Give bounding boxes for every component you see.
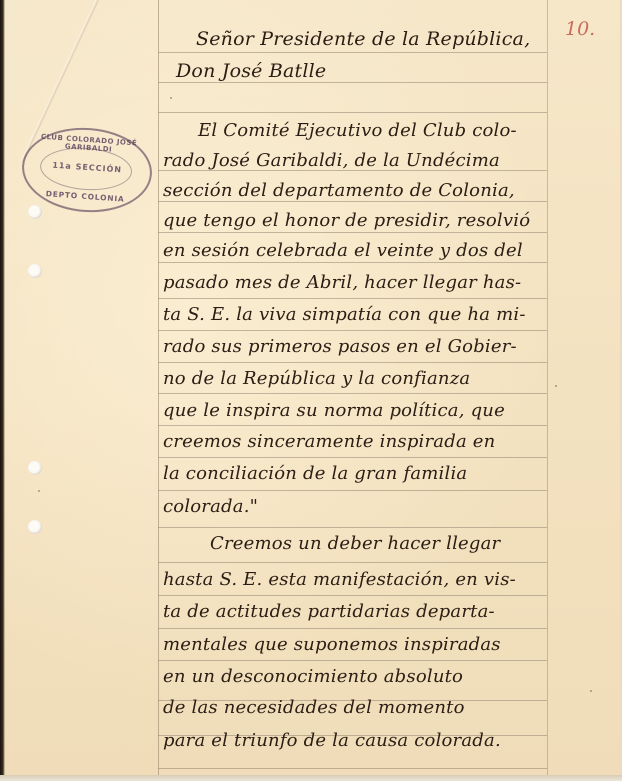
ruled-line <box>158 232 547 233</box>
letter-line: la conciliación de la gran familia <box>163 463 467 484</box>
letter-line: de las necesidades del momento <box>163 697 465 718</box>
scan-left-edge <box>0 0 5 781</box>
ruled-line <box>158 660 547 661</box>
letter-line: ta de actitudes partidarias departa- <box>163 601 495 622</box>
stamp-bottom-text: DEPTO COLONIA <box>22 188 148 206</box>
letter-line: no de la República y la confianza <box>163 368 470 389</box>
ruled-line <box>158 457 547 458</box>
letter-line: que le inspira su norma política, que <box>163 400 505 421</box>
ruled-line <box>158 112 547 113</box>
ruled-line <box>158 262 547 263</box>
letter-line: ta S. E. la viva simpatía con que ha mi- <box>163 304 526 325</box>
ruled-line <box>158 768 547 769</box>
ruled-line <box>158 628 547 629</box>
letter-line: sección del departamento de Colonia, <box>163 180 515 201</box>
ruled-line <box>158 595 547 596</box>
page-number: 10. <box>565 18 595 40</box>
letter-line: rado José Garibaldi, de la Undécima <box>163 150 500 171</box>
ruled-line <box>158 362 547 363</box>
letter-line: pasado mes de Abril, hacer llegar has- <box>163 272 521 293</box>
ruled-line <box>158 562 547 563</box>
ruled-line <box>158 52 547 53</box>
letter-line: mentales que suponemos inspiradas <box>163 634 501 655</box>
letter-line: para el triunfo de la causa colorada. <box>163 730 501 751</box>
ruled-line <box>158 527 547 528</box>
ruled-line <box>158 298 547 299</box>
club-seal-stamp: CLUB COLORADO JOSÉ GARIBALDI 11a SECCIÓN… <box>19 124 155 217</box>
left-margin-line <box>158 0 159 775</box>
letter-page: CLUB COLORADO JOSÉ GARIBALDI 11a SECCIÓN… <box>0 0 622 781</box>
letter-line: que tengo el honor de presidir, resolvió <box>163 210 530 231</box>
letter-line: colorada." <box>163 496 258 517</box>
scan-bottom-edge <box>0 775 622 781</box>
paper-speck <box>170 97 172 99</box>
punch-hole <box>28 205 42 219</box>
ruled-line <box>158 490 547 491</box>
punch-hole <box>28 461 42 475</box>
letter-line: en un desconocimiento absoluto <box>163 666 463 687</box>
letter-line: El Comité Ejecutivo del Club colo- <box>198 120 517 141</box>
letter-line: en sesión celebrada el veinte y dos del <box>163 240 523 261</box>
punch-hole <box>28 264 42 278</box>
ruled-line <box>158 82 547 83</box>
paper-speck <box>555 385 557 387</box>
letter-line: rado sus primeros pasos en el Gobier- <box>163 336 517 357</box>
letter-line: Creemos un deber hacer llegar <box>210 533 500 554</box>
punch-hole <box>28 520 42 534</box>
letter-line: hasta S. E. esta manifestación, en vis- <box>163 569 516 590</box>
right-margin-line <box>547 0 548 775</box>
paper-speck <box>38 490 40 492</box>
salutation-line: Señor Presidente de la República, <box>196 28 530 50</box>
paper-speck <box>590 690 592 692</box>
ruled-line <box>158 425 547 426</box>
ruled-line <box>158 330 547 331</box>
salutation-line: Don José Batlle <box>176 60 326 82</box>
letter-line: creemos sinceramente inspirada en <box>163 431 495 452</box>
ruled-line <box>158 201 547 202</box>
ruled-line <box>158 393 547 394</box>
